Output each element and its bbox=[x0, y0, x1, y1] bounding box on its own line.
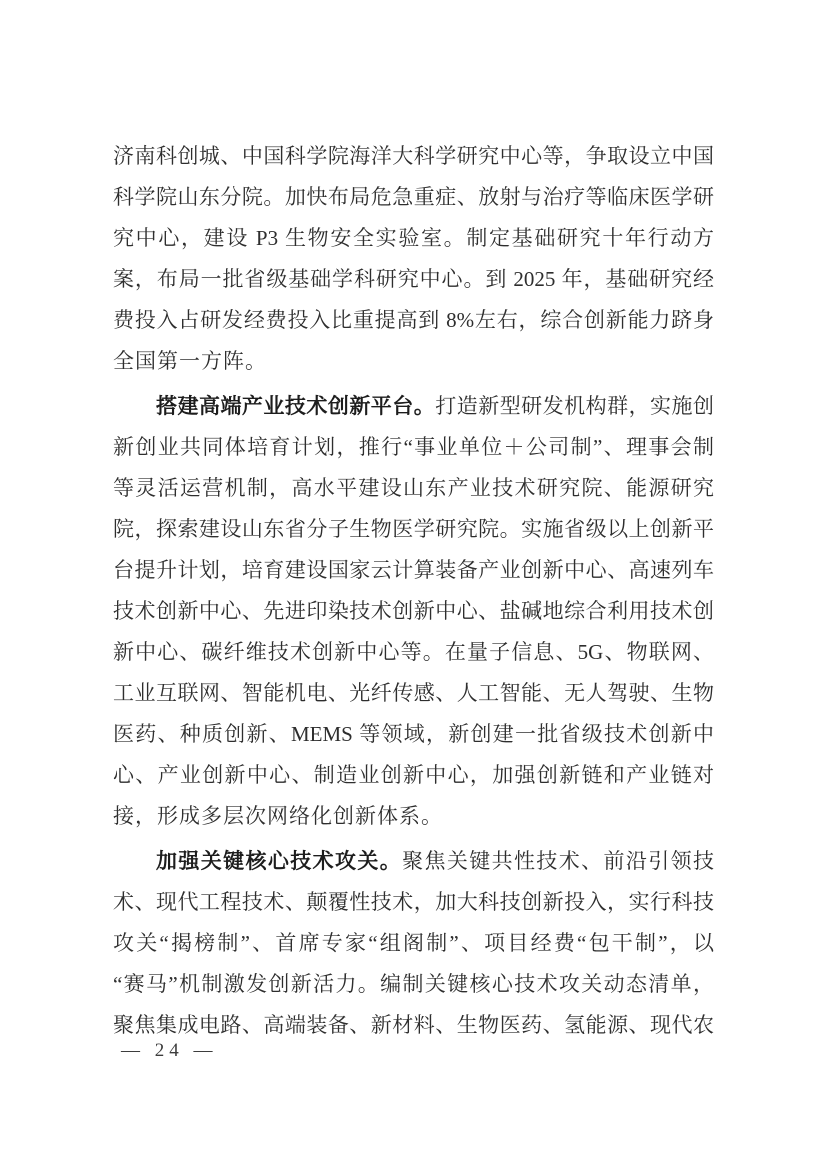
paragraph-lead-bold: 加强关键核心技术攻关。 bbox=[156, 849, 402, 873]
text-line: 济南科创城、中国科学院海洋大科学研究中心等，争取设立中国 bbox=[113, 136, 714, 177]
text-line: 院，探索建设山东省分子生物医学研究院。实施省级以上创新平 bbox=[113, 509, 714, 550]
text-line: “赛马”机制激发创新活力。编制关键核心技术攻关动态清单， bbox=[113, 964, 714, 1005]
text-line: 台提升计划，培育建设国家云计算装备产业创新中心、高速列车 bbox=[113, 550, 714, 591]
text-line: 技术创新中心、先进印染技术创新中心、盐碱地综合利用技术创 bbox=[113, 591, 714, 632]
text-line: 全国第一方阵。 bbox=[113, 341, 714, 382]
paragraph-3: 加强关键核心技术攻关。聚焦关键共性技术、前沿引领技术、现代工程技术、颠覆性技术，… bbox=[113, 841, 714, 1046]
text-line: 工业互联网、智能机电、光纤传感、人工智能、无人驾驶、生物 bbox=[113, 673, 714, 714]
text-line: 搭建高端产业技术创新平台。打造新型研发机构群，实施创 bbox=[113, 386, 714, 427]
text-line: 究中心，建设 P3 生物安全实验室。制定基础研究十年行动方 bbox=[113, 218, 714, 259]
text-line: 攻关“揭榜制”、首席专家“组阁制”、项目经费“包干制”，以 bbox=[113, 923, 714, 964]
text-line: 新创业共同体培育计划，推行“事业单位＋公司制”、理事会制 bbox=[113, 427, 714, 468]
document-page: 济南科创城、中国科学院海洋大科学研究中心等，争取设立中国科学院山东分院。加快布局… bbox=[0, 0, 827, 1169]
text-line: 案，布局一批省级基础学科研究中心。到 2025 年，基础研究经 bbox=[113, 259, 714, 300]
text-block: 济南科创城、中国科学院海洋大科学研究中心等，争取设立中国科学院山东分院。加快布局… bbox=[113, 136, 714, 1046]
text-line: 加强关键核心技术攻关。聚焦关键共性技术、前沿引领技 bbox=[113, 841, 714, 882]
text-line: 心、产业创新中心、制造业创新中心，加强创新链和产业链对 bbox=[113, 755, 714, 796]
paragraph-2: 搭建高端产业技术创新平台。打造新型研发机构群，实施创新创业共同体培育计划，推行“… bbox=[113, 386, 714, 837]
text-line: 科学院山东分院。加快布局危急重症、放射与治疗等临床医学研 bbox=[113, 177, 714, 218]
text-line: 医药、种质创新、MEMS 等领域，新创建一批省级技术创新中 bbox=[113, 714, 714, 755]
paragraph-lead-bold: 搭建高端产业技术创新平台。 bbox=[156, 394, 435, 418]
page-number: — 24 — bbox=[121, 1040, 218, 1061]
text-line: 等灵活运营机制，高水平建设山东产业技术研究院、能源研究 bbox=[113, 468, 714, 509]
text-line: 接，形成多层次网络化创新体系。 bbox=[113, 796, 714, 837]
text-line: 费投入占研发经费投入比重提高到 8%左右，综合创新能力跻身 bbox=[113, 300, 714, 341]
page-number-footer: — 24 — bbox=[121, 1036, 218, 1066]
text-line: 术、现代工程技术、颠覆性技术，加大科技创新投入，实行科技 bbox=[113, 882, 714, 923]
paragraph-1: 济南科创城、中国科学院海洋大科学研究中心等，争取设立中国科学院山东分院。加快布局… bbox=[113, 136, 714, 382]
text-line: 新中心、碳纤维技术创新中心等。在量子信息、5G、物联网、 bbox=[113, 632, 714, 673]
